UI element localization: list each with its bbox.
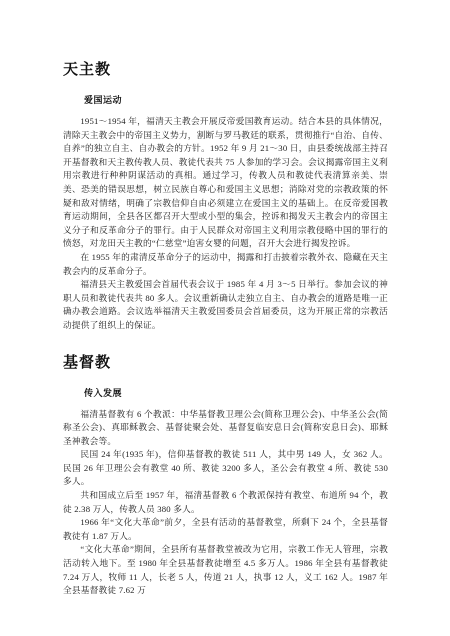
section-protestantism: 基督教 传入发展 福清基督教有 6 个教派：中华基督教卫理公会(简称卫理公会)、… bbox=[63, 351, 388, 598]
subsection-heading-patriotic-movement: 爱国运动 bbox=[84, 93, 388, 106]
paragraph: 在 1955 年的肃清反革命分子的运动中，揭露和打击披着宗教外衣、隐藏在天主教会… bbox=[63, 251, 388, 278]
paragraph: 1966 年“文化大革命”前夕，全县有活动的基督教堂，所剩下 24 个，全县基督… bbox=[63, 516, 388, 543]
paragraph: 福清基督教有 6 个教派：中华基督教卫理公会(简称卫理公会)、中华圣公会(简称圣… bbox=[63, 408, 388, 449]
section-heading-catholicism: 天主教 bbox=[63, 58, 388, 79]
document-page: 天主教 爱国运动 1951～1954 年，福清天主教会开展反帝爱国教育运动。结合… bbox=[0, 0, 450, 636]
subsection-heading-introduction-development: 传入发展 bbox=[84, 386, 388, 399]
section-catholicism: 天主教 爱国运动 1951～1954 年，福清天主教会开展反帝爱国教育运动。结合… bbox=[63, 58, 388, 333]
section-body-protestantism: 福清基督教有 6 个教派：中华基督教卫理公会(简称卫理公会)、中华圣公会(简称圣… bbox=[63, 408, 388, 598]
paragraph: 福清县天主教爱国会首届代表会议于 1985 年 4 月 3～5 日举行。参加会议… bbox=[63, 278, 388, 332]
section-heading-protestantism: 基督教 bbox=[63, 351, 388, 372]
paragraph: 民国 24 年(1935 年)，信仰基督教的教徒 511 人，其中男 149 人… bbox=[63, 448, 388, 489]
section-body-catholicism: 1951～1954 年，福清天主教会开展反帝爱国教育运动。结合本县的具体情况，清… bbox=[63, 115, 388, 333]
paragraph: 共和国成立后至 1957 年，福清基督教 6 个教派保持有教堂、布道所 94 个… bbox=[63, 489, 388, 516]
paragraph: “文化大革命”期间，全县所有基督教堂被改为它用，宗教工作无人管理，宗教活动转入地… bbox=[63, 543, 388, 597]
paragraph: 1951～1954 年，福清天主教会开展反帝爱国教育运动。结合本县的具体情况，清… bbox=[63, 115, 388, 251]
